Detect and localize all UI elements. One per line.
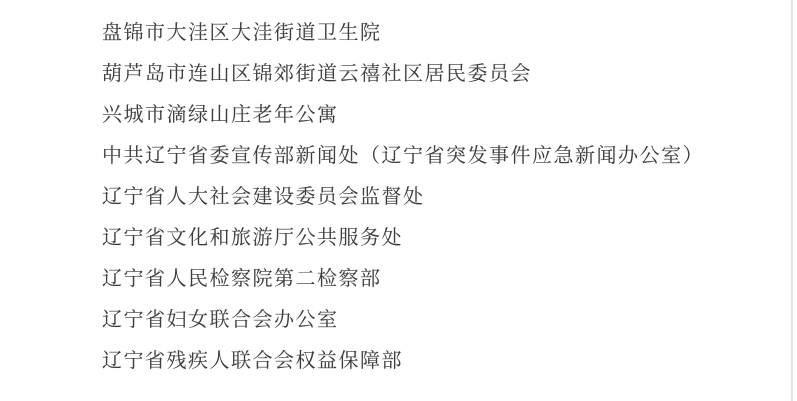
org-list-item: 辽宁省妇女联合会办公室 bbox=[102, 297, 757, 338]
organization-list: 盘锦市大洼区大洼街道卫生院 葫芦岛市连山区锦郊街道云禧社区居民委员会 兴城市滴绿… bbox=[102, 10, 757, 379]
org-list-item: 盘锦市大洼区大洼街道卫生院 bbox=[102, 10, 757, 51]
org-list-item: 兴城市滴绿山庄老年公寓 bbox=[102, 92, 757, 133]
right-edge-divider bbox=[791, 0, 793, 401]
document-page: 盘锦市大洼区大洼街道卫生院 葫芦岛市连山区锦郊街道云禧社区居民委员会 兴城市滴绿… bbox=[0, 0, 797, 401]
org-list-item: 辽宁省人民检察院第二检察部 bbox=[102, 256, 757, 297]
org-list-item: 辽宁省人大社会建设委员会监督处 bbox=[102, 174, 757, 215]
org-list-item: 辽宁省文化和旅游厅公共服务处 bbox=[102, 215, 757, 256]
org-list-item: 葫芦岛市连山区锦郊街道云禧社区居民委员会 bbox=[102, 51, 757, 92]
org-list-item: 中共辽宁省委宣传部新闻处（辽宁省突发事件应急新闻办公室） bbox=[102, 133, 757, 174]
org-list-item: 辽宁省残疾人联合会权益保障部 bbox=[102, 338, 757, 379]
